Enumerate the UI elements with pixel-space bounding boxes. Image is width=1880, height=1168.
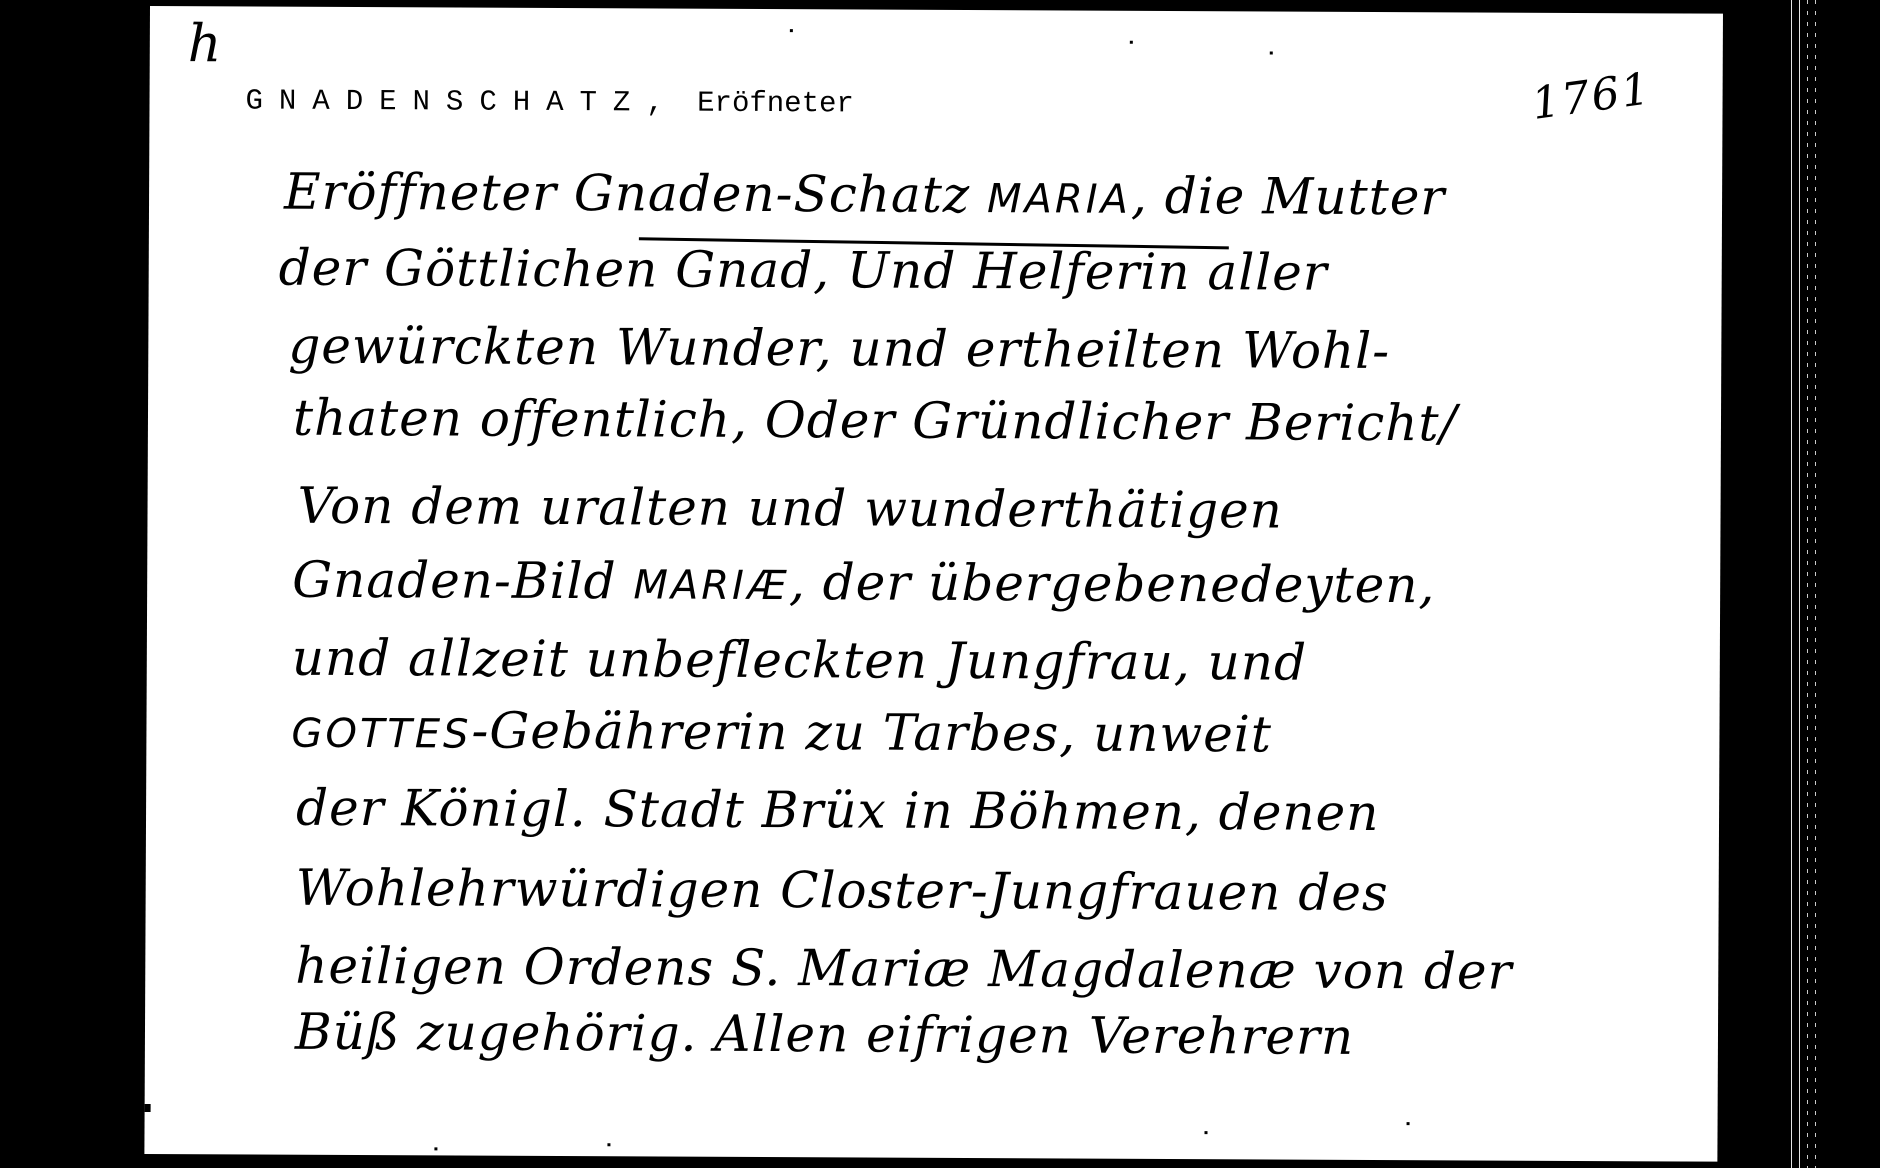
scan-speck xyxy=(1407,1122,1410,1125)
scan-speck xyxy=(1204,1131,1207,1134)
handwritten-corner-mark: h xyxy=(188,14,222,74)
artifact-line xyxy=(1791,0,1792,1168)
scan-speck xyxy=(145,1104,151,1112)
heading-qualifier: Eröfneter xyxy=(697,87,854,121)
line-text: Von dem uralten und wunderthätigen xyxy=(297,477,1283,540)
scanned-index-card: h GNADENSCHATZ, Eröfneter 1761 Eröffnete… xyxy=(0,0,1880,1168)
line-text: thaten offentlich, Oder Gründlicher Beri… xyxy=(293,389,1458,453)
paper-sheet: h GNADENSCHATZ, Eröfneter 1761 Eröffnete… xyxy=(144,6,1723,1162)
line-text: heiligen Ordens S. Mariæ Magdalenæ von d… xyxy=(295,937,1512,1001)
scan-speck xyxy=(1270,51,1273,54)
handwritten-line-7: und allzeit unbefleckten Jungfrau, und xyxy=(292,633,1307,688)
handwritten-line-3: gewürckten Wunder, und ertheilten Wohl- xyxy=(288,321,1390,376)
line-text: Wohlehrwürdigen Closter-Jungfrauen des xyxy=(296,859,1389,922)
scan-speck xyxy=(607,1143,610,1146)
handwritten-line-8: GOTTES-Gebährerin zu Tarbes, unweit xyxy=(291,705,1272,760)
handwritten-year-note: 1761 xyxy=(1529,63,1655,130)
line-text: Eröffneter Gnaden-Schatz xyxy=(284,163,987,224)
artifact-line xyxy=(1807,0,1808,1168)
heading-keyword: GNADENSCHATZ, xyxy=(245,84,679,119)
line-text: Büß zugehörig. Allen eifrigen Verehrern xyxy=(295,1003,1354,1066)
line-text: gewürckten Wunder, und ertheilten Wohl- xyxy=(288,317,1390,380)
handwritten-line-5: Von dem uralten und wunderthätigen xyxy=(297,481,1283,536)
handwritten-line-1: Eröffneter Gnaden-Schatz MARIA, die Mutt… xyxy=(284,167,1445,223)
line-text: und allzeit unbefleckten Jungfrau, und xyxy=(292,629,1308,692)
handwritten-line-11: heiligen Ordens S. Mariæ Magdalenæ von d… xyxy=(295,941,1512,997)
artifact-line xyxy=(1815,0,1816,1168)
line-caps: MARIA xyxy=(987,176,1131,223)
line-caps: GOTTES xyxy=(291,711,471,758)
line-text: der Königl. Stadt Brüx in Böhmen, denen xyxy=(296,779,1380,842)
line-after: , der übergebenedeyten, xyxy=(789,553,1436,614)
scan-speck xyxy=(1130,41,1133,44)
handwritten-line-12: Büß zugehörig. Allen eifrigen Verehrern xyxy=(295,1007,1354,1062)
handwritten-line-10: Wohlehrwürdigen Closter-Jungfrauen des xyxy=(296,863,1389,918)
line-caps: MARIÆ xyxy=(633,562,789,609)
typewritten-heading: GNADENSCHATZ, Eröfneter xyxy=(245,84,853,120)
scanner-edge-artifact xyxy=(1785,0,1825,1168)
line-after: , die Mutter xyxy=(1131,167,1446,227)
artifact-line xyxy=(1799,0,1800,1168)
handwritten-line-9: der Königl. Stadt Brüx in Böhmen, denen xyxy=(296,783,1380,838)
line-text: Gnaden-Bild xyxy=(292,551,634,611)
scan-speck xyxy=(790,29,793,32)
handwritten-line-6: Gnaden-Bild MARIÆ, der übergebenedeyten, xyxy=(292,555,1435,611)
scan-speck xyxy=(434,1147,437,1150)
line-after: -Gebährerin zu Tarbes, unweit xyxy=(471,702,1272,764)
line-text: der Göttlichen Gnad, Und Helferin aller xyxy=(279,239,1328,302)
handwritten-line-4: thaten offentlich, Oder Gründlicher Beri… xyxy=(293,393,1458,449)
handwritten-line-2: der Göttlichen Gnad, Und Helferin aller xyxy=(279,243,1328,298)
